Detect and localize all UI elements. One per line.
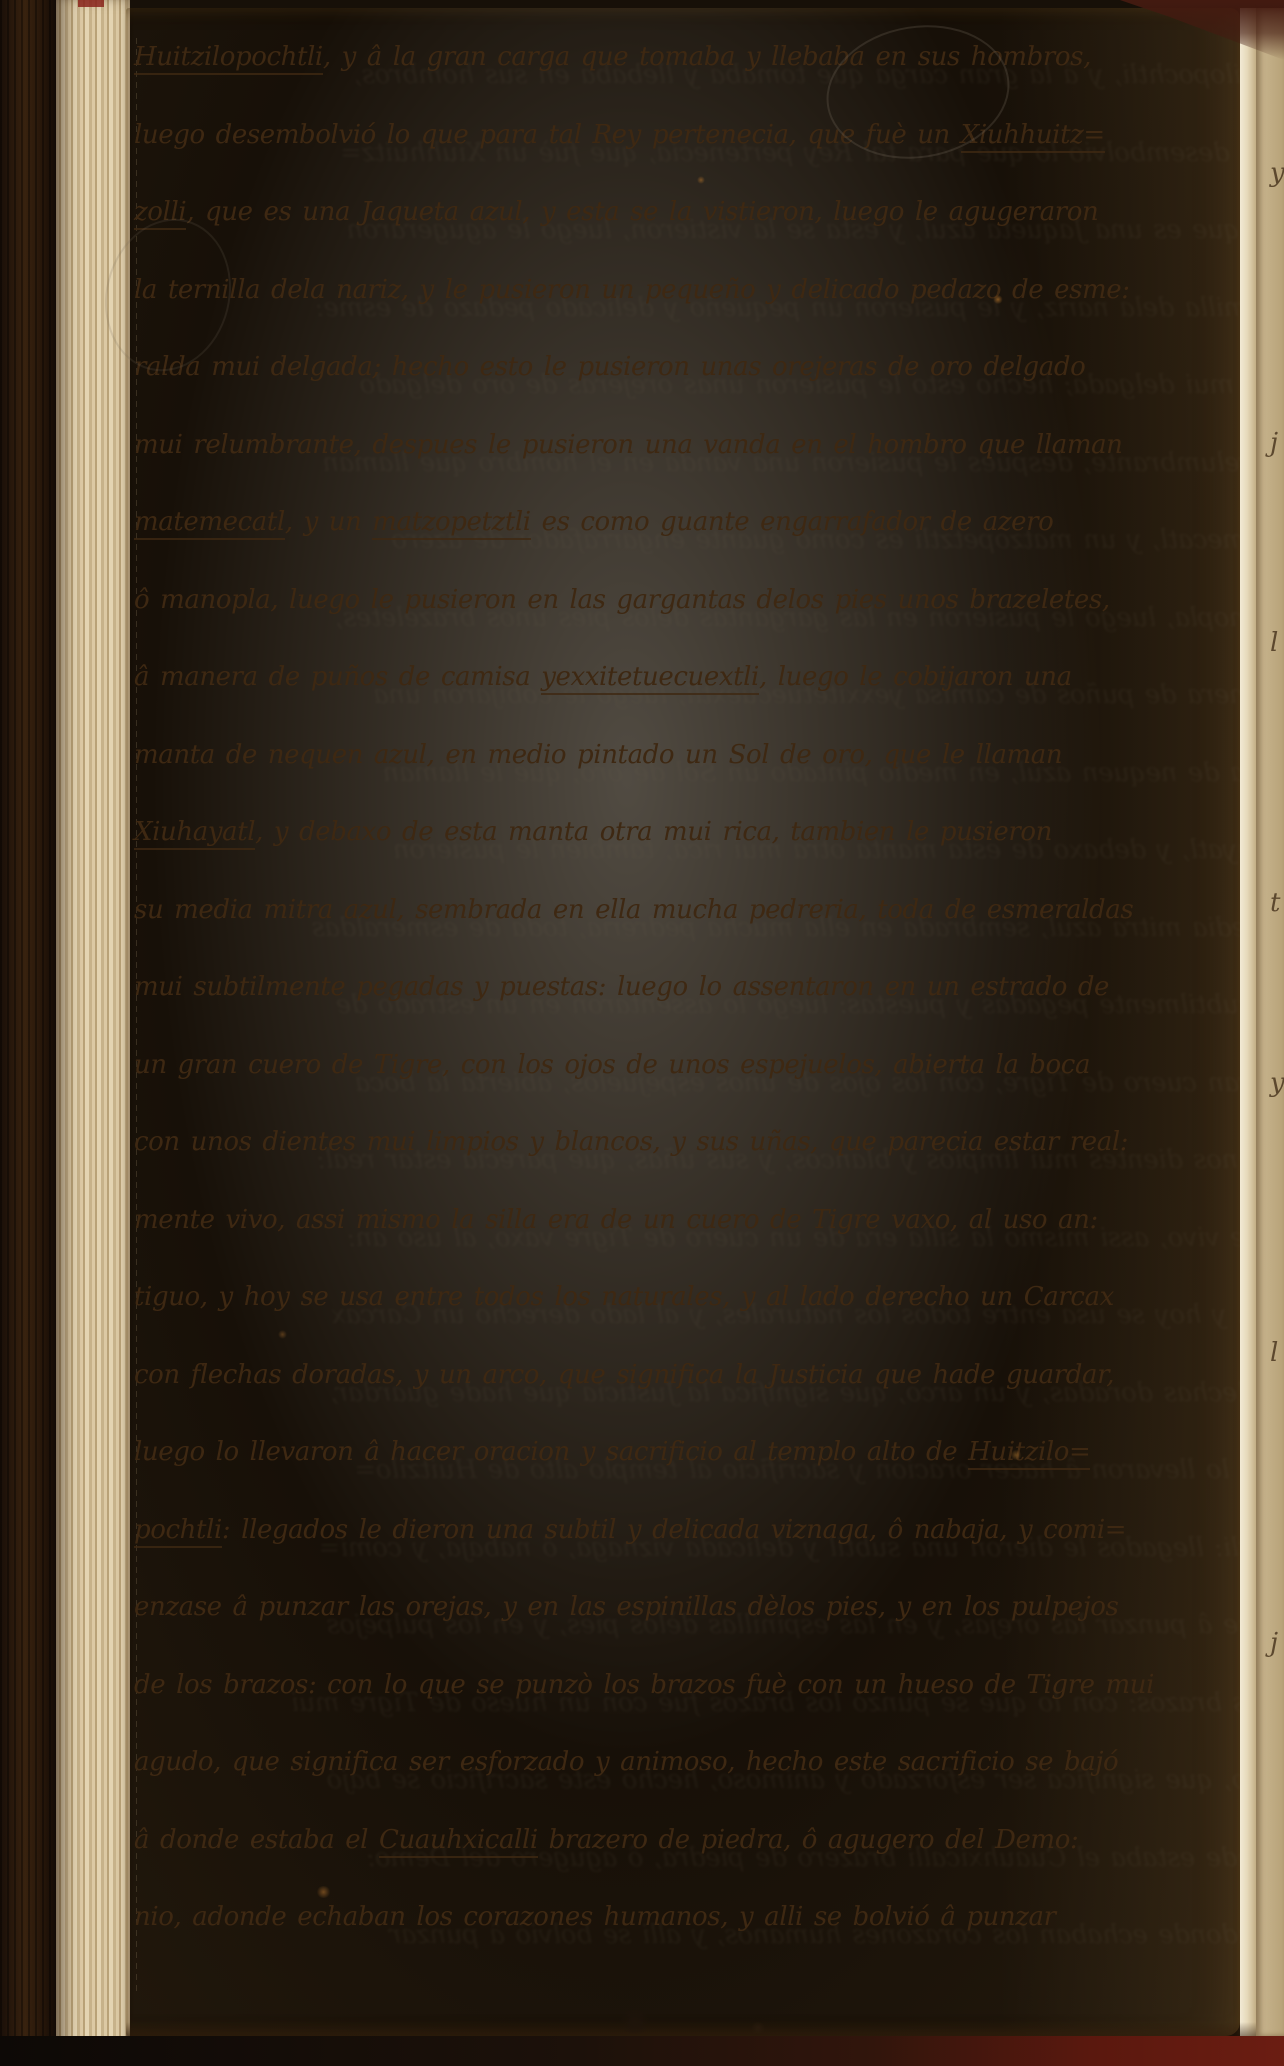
manuscript-line: pochtli: llegados le dieron una subtil y… xyxy=(134,1515,1224,1593)
manuscript-line: la ternilla dela nariz, y le pusieron un… xyxy=(134,275,1224,353)
facing-page-text-fragment: y xyxy=(1270,158,1284,188)
line-text: agudo, que significa ser esforzado y ani… xyxy=(134,1747,1118,1777)
underlined-nahuatl-term: pochtli xyxy=(134,1515,222,1548)
leather-binding-left xyxy=(0,0,56,2066)
manuscript-line: matemecatl, y un matzopetztli es como gu… xyxy=(134,507,1224,585)
manuscript-line: enzase â punzar las orejas, y en las esp… xyxy=(134,1592,1224,1670)
line-text: nio, adonde echaban los corazones humano… xyxy=(134,1902,1056,1932)
underlined-nahuatl-term: Huitzilopochtli xyxy=(134,42,323,75)
line-text: , que es una Jaqueta azul, y esta se la … xyxy=(186,197,1098,227)
facing-page-sliver: yjltylj xyxy=(1256,8,1284,2036)
manuscript-line: con unos dientes mui limpios y blancos, … xyxy=(134,1127,1224,1205)
manuscript-line: con flechas doradas, y un arco, que sign… xyxy=(134,1360,1224,1438)
manuscript-line: agudo, que significa ser esforzado y ani… xyxy=(134,1747,1224,1825)
line-text: brazero de piedra, ô agugero del Demo: xyxy=(538,1825,1079,1855)
manuscript-line: manta de nequen azul, en medio pintado u… xyxy=(134,740,1224,818)
underlined-nahuatl-term: Huitzilo= xyxy=(968,1437,1090,1470)
manuscript-line: su media mitra azul, sembrada en ella mu… xyxy=(134,895,1224,973)
foxing-spot xyxy=(993,295,1003,304)
line-text: â manera de puños de camisa xyxy=(134,662,541,692)
manuscript-line: ralda mui delgada; hecho esto le pusiero… xyxy=(134,352,1224,430)
line-text: enzase â punzar las orejas, y en las esp… xyxy=(134,1592,1118,1622)
manuscript-line: ô manopla, luego le pusieron en las garg… xyxy=(134,585,1224,663)
manuscript-line: luego lo llevaron â hacer oracion y sacr… xyxy=(134,1437,1224,1515)
manuscript-line: mente vivo, assi mismo la silla era de u… xyxy=(134,1205,1224,1283)
foxing-spot xyxy=(316,1886,331,1898)
manuscript-text: Huitzilopochtli, y â la gran carga que t… xyxy=(134,42,1224,1980)
manuscript-line: mui relumbrante, despues le pusieron una… xyxy=(134,430,1224,508)
line-text: luego lo llevaron â hacer oracion y sacr… xyxy=(134,1437,968,1467)
manuscript-line: Huitzilopochtli, y â la gran carga que t… xyxy=(134,42,1224,120)
ink-smudge xyxy=(750,2022,766,2034)
line-text: de los brazos: con lo que se punzò los b… xyxy=(134,1670,1154,1700)
line-text: un gran cuero de Tigre, con los ojos de … xyxy=(134,1050,1090,1080)
manuscript-line: â manera de puños de camisa yexxitetuecu… xyxy=(134,662,1224,740)
underlined-nahuatl-term: matemecatl xyxy=(134,507,285,540)
page-fore-edge xyxy=(1240,8,1256,2036)
manuscript-line: â donde estaba el Cuauhxicalli brazero d… xyxy=(134,1825,1224,1903)
line-text: , luego le cobijaron una xyxy=(759,662,1072,692)
line-text: , y debaxo de esta manta otra mui rica, … xyxy=(255,817,1052,847)
manuscript-line: Xiuhayatl, y debaxo de esta manta otra m… xyxy=(134,817,1224,895)
manuscript-line: luego desembolvió lo que para tal Rey pe… xyxy=(134,120,1224,198)
line-text: â donde estaba el xyxy=(134,1825,379,1855)
facing-page-text-fragment: y xyxy=(1270,1068,1284,1098)
book-photo: Huitzilopochtli, y â la gran carga que t… xyxy=(0,0,1284,2066)
foxing-spot xyxy=(1010,1450,1022,1460)
line-text: , y un xyxy=(285,507,372,537)
line-text: mente vivo, assi mismo la silla era de u… xyxy=(134,1205,1098,1235)
line-text: tiguo, y hoy se usa entre todos los natu… xyxy=(134,1282,1114,1312)
line-text: manta de nequen azul, en medio pintado u… xyxy=(134,740,1062,770)
cover-bottom-band xyxy=(0,2036,1284,2066)
manuscript-line: zolli, que es una Jaqueta azul, y esta s… xyxy=(134,197,1224,275)
line-text: ô manopla, luego le pusieron en las garg… xyxy=(134,585,1110,615)
foxing-spot xyxy=(697,176,705,184)
facing-page-text-fragment: j xyxy=(1270,1628,1278,1658)
line-text: mui subtilmente pegadas y puestas: luego… xyxy=(134,972,1109,1002)
binding-red-chip xyxy=(78,0,104,7)
ink-smudge xyxy=(618,2010,652,2034)
facing-page-text-fragment: j xyxy=(1270,428,1278,458)
line-text: su media mitra azul, sembrada en ella mu… xyxy=(134,895,1133,925)
underlined-nahuatl-term: matzopetztli xyxy=(372,507,530,540)
line-text: con unos dientes mui limpios y blancos, … xyxy=(134,1127,1128,1157)
manuscript-line: de los brazos: con lo que se punzò los b… xyxy=(134,1670,1224,1748)
facing-page-text-fragment: l xyxy=(1270,1338,1278,1368)
facing-page-text-fragment: l xyxy=(1270,628,1278,658)
line-text: es como guante engarrafador de azero xyxy=(531,507,1054,537)
line-text: la ternilla dela nariz, y le pusieron un… xyxy=(134,275,1130,305)
underlined-nahuatl-term: Xiuhayatl xyxy=(134,817,255,850)
facing-page-text-fragment: t xyxy=(1270,888,1280,918)
manuscript-line: mui subtilmente pegadas y puestas: luego… xyxy=(134,972,1224,1050)
line-text: : llegados le dieron una subtil y delica… xyxy=(222,1515,1126,1545)
manuscript-page: Huitzilopochtli, y â la gran carga que t… xyxy=(126,8,1240,2036)
line-text: con flechas doradas, y un arco, que sign… xyxy=(134,1360,1114,1390)
foxing-spot xyxy=(278,1330,287,1339)
line-text: mui relumbrante, despues le pusieron una… xyxy=(134,430,1123,460)
manuscript-line: un gran cuero de Tigre, con los ojos de … xyxy=(134,1050,1224,1128)
underlined-nahuatl-term: Cuauhxicalli xyxy=(379,1825,538,1858)
manuscript-line: tiguo, y hoy se usa entre todos los natu… xyxy=(134,1282,1224,1360)
underlined-nahuatl-term: yexxitetuecuextli xyxy=(541,662,759,695)
line-text: ralda mui delgada; hecho esto le pusiero… xyxy=(134,352,1085,382)
manuscript-line: nio, adonde echaban los corazones humano… xyxy=(134,1902,1224,1980)
